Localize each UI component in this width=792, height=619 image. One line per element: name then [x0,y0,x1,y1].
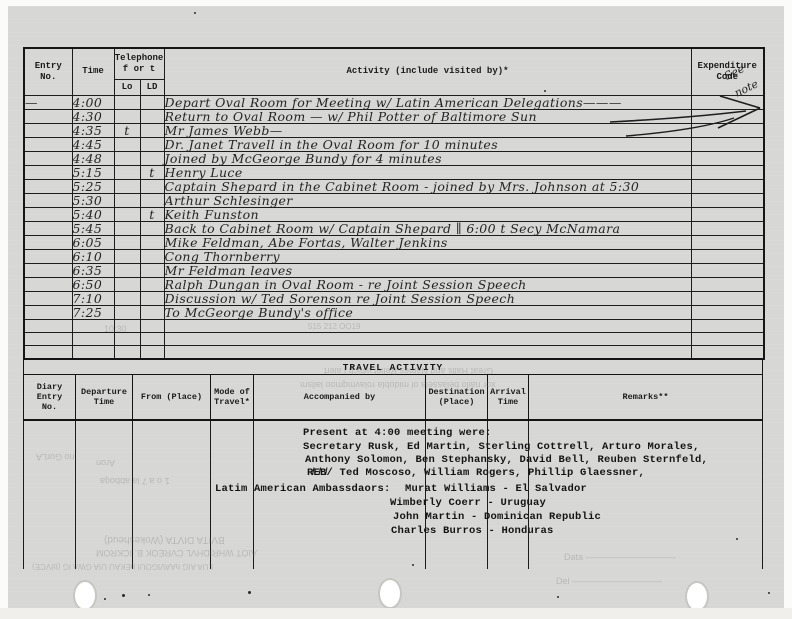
entry-no-cell [24,346,72,359]
entry-no-cell [24,123,72,137]
diary-row: 5:45 Back to Cabinet Room w/ Captain She… [24,221,764,235]
telephone-ld-cell [140,179,164,193]
dust-speck [104,598,106,600]
telephone-ld-cell [140,249,164,263]
diary-row: 7:10 Discussion w/ Ted Sorenson re Joint… [24,291,764,305]
telephone-lo-cell [114,332,140,345]
telephone-ld-cell [140,123,164,137]
telephone-ld-cell [140,95,164,109]
activity-cell: Keith Funston [164,207,691,221]
ambassador-line: Wimberly Coerr - Uruguay [390,497,546,510]
typed-note-line: Present at 4:00 meeting were: [303,427,492,440]
activity-cell [164,346,691,359]
telephone-ld-cell [140,346,164,359]
telephone-lo-cell [114,95,140,109]
expenditure-cell [691,235,764,249]
expenditure-cell [691,165,764,179]
activity-cell: Captain Shepard in the Cabinet Room - jo… [164,179,691,193]
time-cell: 4:48 [72,151,114,165]
telephone-ld-cell: t [140,165,164,179]
diary-row: 6:35 Mr Feldman leaves [24,263,764,277]
telephone-lo-cell [114,193,140,207]
entry-no-header: Entry No. [24,48,72,95]
entry-no-cell [24,221,72,235]
activity-cell: Back to Cabinet Room w/ Captain Shepard … [164,221,691,235]
telephone-ld-cell [140,235,164,249]
telephone-header: Telephone f or t [114,48,164,79]
entry-no-cell [24,207,72,221]
expenditure-cell [691,291,764,305]
telephone-lo-cell [114,109,140,123]
entry-no-cell [24,305,72,319]
expenditure-cell [691,151,764,165]
expenditure-cell [691,179,764,193]
telephone-lo-cell [114,207,140,221]
travel-from-place-header: From (Place) [133,375,211,419]
entry-no-cell [24,332,72,345]
activity-cell: Cong Thornberry [164,249,691,263]
activity-cell: Mike Feldman, Abe Fortas, Walter Jenkins [164,235,691,249]
telephone-ld-cell [140,151,164,165]
entry-no-cell [24,235,72,249]
diary-row [24,346,764,359]
time-header: Time [72,48,114,95]
bleedthrough-text: Data —————————— [564,552,676,562]
entry-no-cell [24,179,72,193]
expenditure-cell [691,346,764,359]
entry-no-cell [24,277,72,291]
typed-note-line: Secretary Rusk, Ed Martin, Sterling Cott… [303,441,700,454]
bleedthrough-text: Great Halls and Names Relief which l ale… [324,366,493,376]
diary-row: 6:05 Mike Feldman, Abe Fortas, Walter Je… [24,235,764,249]
travel-remarks-header: Remarks** [529,375,762,419]
time-cell: 6:10 [72,249,114,263]
telephone-ld-cell [140,109,164,123]
entry-no-cell [24,137,72,151]
activity-header: Activity (include visited by)* [164,48,691,95]
expenditure-cell [691,305,764,319]
bleedthrough-text: LUA AIG hAAVIGOUI bEKAU UIA GWA IG (bIVC… [32,562,213,571]
dust-speck [412,564,414,566]
time-cell: 6:05 [72,235,114,249]
diary-row: 6:10 Cong Thornberry [24,249,764,263]
diary-table-header: Entry No. Time Telephone f or t Activity… [24,48,764,95]
ambassador-line: Murat Williams - El Salvador [405,483,587,496]
expenditure-cell [691,263,764,277]
scanner-edge [0,608,792,619]
diary-row: 4:48 Joined by McGeorge Bundy for 4 minu… [24,151,764,165]
bleedthrough-text: AIOT WHRIDHVL CVREOK B. ICKROM [96,548,257,558]
time-cell: 5:25 [72,179,114,193]
telephone-lo-cell [114,137,140,151]
telephone-ld-cell [140,137,164,151]
ambassador-line: Charles Burros - Honduras [391,525,554,538]
telephone-lo-cell [114,179,140,193]
bleedthrough-text: Del —————————— [556,576,662,586]
activity-cell: Joined by McGeorge Bundy for 4 minutes [164,151,691,165]
entry-no-cell [24,151,72,165]
telephone-lo-cell [114,291,140,305]
telephone-lo-cell [114,277,140,291]
diary-page: Entry No. Time Telephone f or t Activity… [8,6,784,609]
bleedthrough-text: xor nailo belassela ol midobla rolavmqmo… [300,380,496,390]
dust-speck [544,90,546,92]
expenditure-cell [691,332,764,345]
ambassador-line: John Martin - Dominican Republic [393,511,601,524]
travel-column-rule [23,421,24,569]
diary-row [24,332,764,345]
time-cell: 6:35 [72,263,114,277]
telephone-ld-cell: t [140,207,164,221]
telephone-ld-cell [140,193,164,207]
diary-row: 7:25 To McGeorge Bundy's office [24,305,764,319]
telephone-lo-cell: t [114,123,140,137]
bleedthrough-text: 1 o a 7 la abboqa [100,476,170,486]
telephone-lo-cell [114,263,140,277]
bleedthrough-text: Aron [96,458,115,468]
expenditure-cell [691,193,764,207]
entry-no-cell [24,249,72,263]
travel-column-rule [210,421,211,569]
diary-row: 5:40 t Keith Funston [24,207,764,221]
time-cell: 5:15 [72,165,114,179]
entry-no-cell [24,291,72,305]
bleedthrough-text: no GurLA [36,452,75,462]
diary-row: 6:50 Ralph Dungan in Oval Room - re Join… [24,277,764,291]
activity-cell [164,332,691,345]
time-cell: 6:50 [72,277,114,291]
time-cell: 4:30 [72,109,114,123]
typed-note-line: R̸E̸B̸/ Ted Moscoso, William Rogers, Phi… [307,467,645,480]
dust-speck [248,591,251,594]
entry-no-cell [24,109,72,123]
telephone-lo-cell [114,165,140,179]
travel-mode-header: Mode of Travel* [211,375,254,419]
dust-speck [194,12,196,14]
time-cell: 7:25 [72,305,114,319]
telephone-lo-cell [114,305,140,319]
dust-speck [768,592,770,594]
activity-cell: To McGeorge Bundy's office [164,305,691,319]
see-note-arrow [608,92,768,142]
dust-speck [148,594,150,596]
entry-no-cell [24,263,72,277]
travel-column-rule [132,421,133,569]
time-cell: 5:45 [72,221,114,235]
travel-diary-entry-header: Diary Entry No. [24,375,76,419]
activity-cell: Arthur Schlesinger [164,193,691,207]
dust-speck [736,538,738,540]
time-cell [72,332,114,345]
telephone-ld-cell [140,305,164,319]
diary-row: 5:15 t Henry Luce [24,165,764,179]
entry-no-cell [24,193,72,207]
telephone-ld-cell [140,221,164,235]
travel-column-rule [762,421,763,569]
telephone-ld-cell [140,263,164,277]
activity-cell: Mr Feldman leaves [164,263,691,277]
punch-hole [380,580,400,607]
ambassadors-label: Latim American Ambassdaors: [215,483,391,496]
entry-no-cell: — [24,95,72,109]
time-cell: 4:00 [72,95,114,109]
diary-row: 5:25 Captain Shepard in the Cabinet Room… [24,179,764,193]
expenditure-cell [691,277,764,291]
telephone-ld-cell [140,291,164,305]
typed-note-line: Anthony Solomon, Ben Stephansky, David B… [305,454,708,467]
travel-departure-time-header: Departure Time [76,375,133,419]
bleedthrough-text: 10:30 [104,324,127,334]
telephone-lo-cell [114,346,140,359]
dust-speck [557,596,559,598]
entry-no-cell [24,165,72,179]
telephone-lo-header: Lo [114,79,140,95]
telephone-ld-cell [140,319,164,332]
diary-row [24,319,764,332]
telephone-ld-header: LD [140,79,164,95]
telephone-lo-cell [114,249,140,263]
telephone-ld-cell [140,332,164,345]
time-cell: 4:35 [72,123,114,137]
punch-hole [75,582,95,609]
travel-column-rule [75,421,76,569]
expenditure-cell [691,319,764,332]
expenditure-cell [691,221,764,235]
entry-no-cell [24,319,72,332]
activity-cell [164,319,691,332]
expenditure-cell [691,249,764,263]
expenditure-cell [691,207,764,221]
activity-cell: Ralph Dungan in Oval Room - re Joint Ses… [164,277,691,291]
diary-row: 5:30 Arthur Schlesinger [24,193,764,207]
dust-speck [122,594,125,597]
bleedthrough-text: BVITA DIVTA (Wokesheud) [104,534,225,545]
time-cell [72,346,114,359]
activity-cell: Discussion w/ Ted Sorenson re Joint Sess… [164,291,691,305]
time-cell: 4:45 [72,137,114,151]
telephone-lo-cell [114,151,140,165]
telephone-ld-cell [140,277,164,291]
time-cell: 5:40 [72,207,114,221]
scanned-document: Entry No. Time Telephone f or t Activity… [0,0,792,619]
telephone-lo-cell [114,235,140,249]
punch-hole [687,583,707,610]
time-cell: 5:30 [72,193,114,207]
time-cell: 7:10 [72,291,114,305]
activity-cell: Henry Luce [164,165,691,179]
telephone-lo-cell [114,221,140,235]
bleedthrough-text: 515 212 OO19 [308,322,360,331]
